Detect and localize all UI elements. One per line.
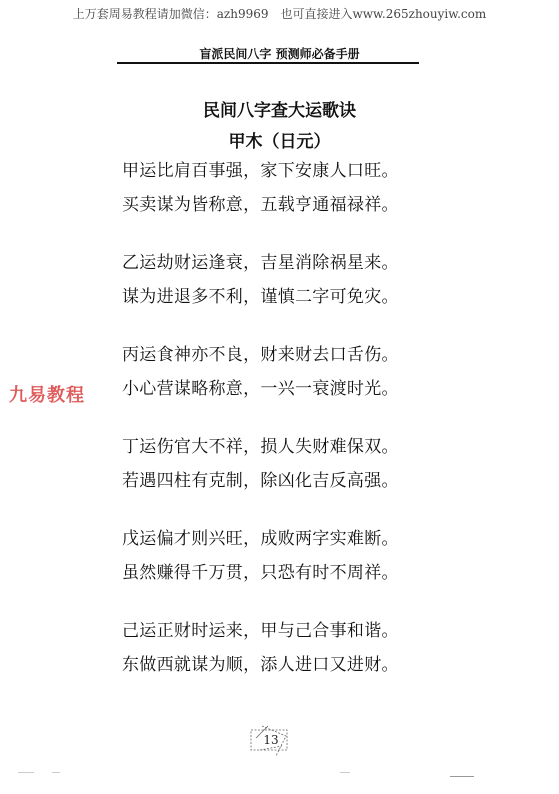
scan-artifact	[340, 772, 350, 773]
verse-line: 己运正财时运来，甲与己合事和谐。	[122, 614, 422, 648]
verse-line: 戊运偏才则兴旺，成败两字实难断。	[122, 522, 422, 556]
top-watermark: 上万套周易教程请加微信：azh9969 也可直接进入www.265zhouyiw…	[0, 5, 559, 22]
page-subtitle: 甲木（日元）	[0, 127, 559, 152]
scan-artifact	[450, 776, 474, 777]
side-watermark: 九易教程	[9, 381, 85, 407]
scan-artifact	[18, 772, 34, 773]
verse-line: 小心营谋略称意，一兴一衰渡时光。	[122, 372, 422, 406]
header-rule	[117, 62, 419, 64]
verse-line: 若遇四柱有克制，除凶化吉反高强。	[122, 464, 422, 498]
page-title: 民间八字查大运歌诀	[0, 96, 559, 121]
page-number: 13	[258, 733, 284, 747]
verse-line: 买卖谋为皆称意，五载亨通福禄祥。	[122, 188, 422, 222]
verse-line: 丙运食神亦不良，财来财去口舌伤。	[122, 338, 422, 372]
stanza-bing: 丙运食神亦不良，财来财去口舌伤。 小心营谋略称意，一兴一衰渡时光。	[122, 338, 422, 406]
stanza-yi: 乙运劫财运逢衰，吉星消除祸星来。 谋为进退多不利，谨慎二字可免灾。	[122, 246, 422, 314]
verse-line: 虽然赚得千万贯，只恐有时不周祥。	[122, 556, 422, 590]
verse-line: 东做西就谋为顺，添人进口又进财。	[122, 648, 422, 682]
stanza-ding: 丁运伤官大不祥，损人失财难保双。 若遇四柱有克制，除凶化吉反高强。	[122, 430, 422, 498]
verse-list: 甲运比肩百事强，家下安康人口旺。 买卖谋为皆称意，五载亨通福禄祥。 乙运劫财运逢…	[122, 154, 422, 706]
verse-line: 丁运伤官大不祥，损人失财难保双。	[122, 430, 422, 464]
verse-line: 甲运比肩百事强，家下安康人口旺。	[122, 154, 422, 188]
scan-artifact	[52, 772, 60, 773]
running-header: 盲派民间八字 预测师必备手册	[0, 45, 559, 62]
stanza-wu: 戊运偏才则兴旺，成败两字实难断。 虽然赚得千万贯，只恐有时不周祥。	[122, 522, 422, 590]
page-number-ornament: 13	[258, 730, 284, 752]
stanza-ji: 己运正财时运来，甲与己合事和谐。 东做西就谋为顺，添人进口又进财。	[122, 614, 422, 682]
verse-line: 谋为进退多不利，谨慎二字可免灾。	[122, 280, 422, 314]
verse-line: 乙运劫财运逢衰，吉星消除祸星来。	[122, 246, 422, 280]
stanza-jia: 甲运比肩百事强，家下安康人口旺。 买卖谋为皆称意，五载亨通福禄祥。	[122, 154, 422, 222]
